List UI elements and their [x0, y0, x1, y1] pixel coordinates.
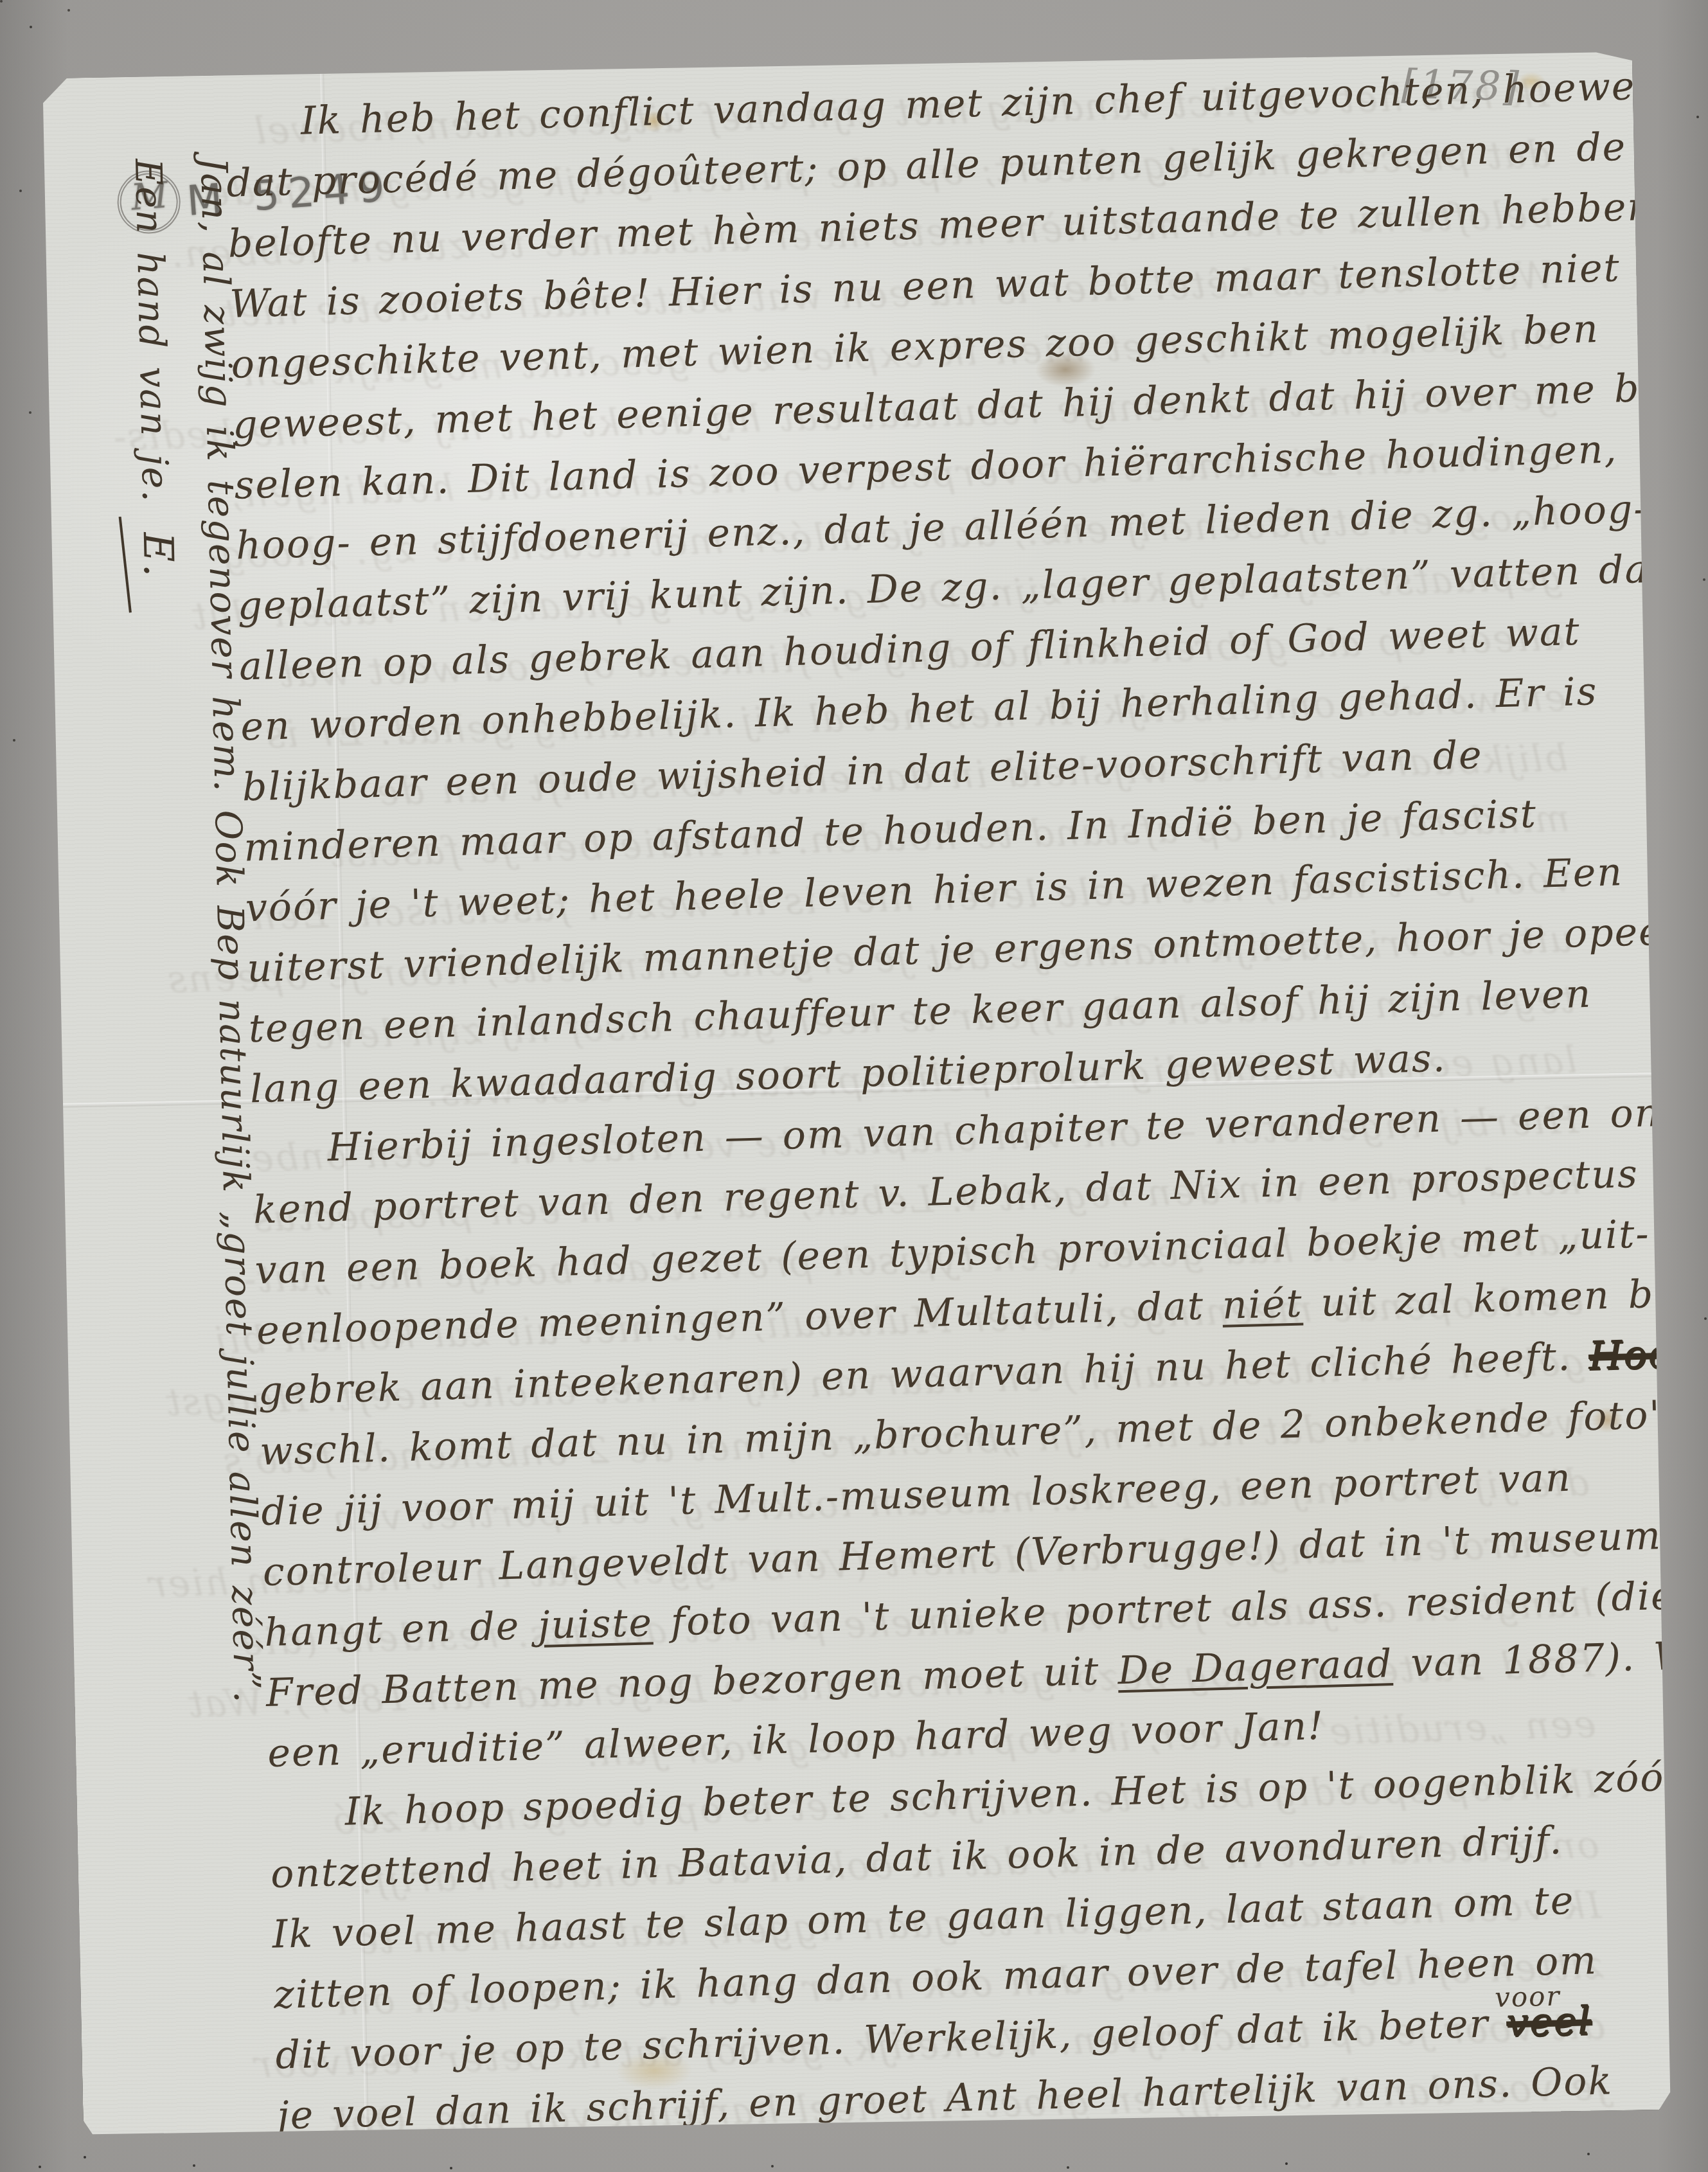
- closing-phrase: Een hand van je.: [127, 158, 177, 503]
- underlined-word: juiste: [537, 1600, 654, 1648]
- signature-initial: E.: [134, 531, 182, 578]
- struck-word: Hoogst: [1588, 1330, 1708, 1379]
- letter-paper: Ik heb het conflict vandaag met zijn che…: [39, 44, 1677, 2144]
- underlined-word: niét: [1222, 1281, 1303, 1328]
- line-text: uit zal komen bij: [1303, 1271, 1682, 1326]
- inserted-word: voor: [1495, 1980, 1561, 2013]
- line-text: hangt en de: [264, 1603, 539, 1655]
- scanner-dust-specks: [0, 0, 2, 2]
- scanned-document-background: { "scan": { "archive_stamp": "M 5249", "…: [0, 0, 1708, 2172]
- line-text: van 1887). Wat: [1392, 1632, 1708, 1686]
- underlined-word: De Dageraad: [1117, 1641, 1394, 1693]
- letter-body-text: Ik heb het conflict vandaag met zijn che…: [224, 64, 1612, 101]
